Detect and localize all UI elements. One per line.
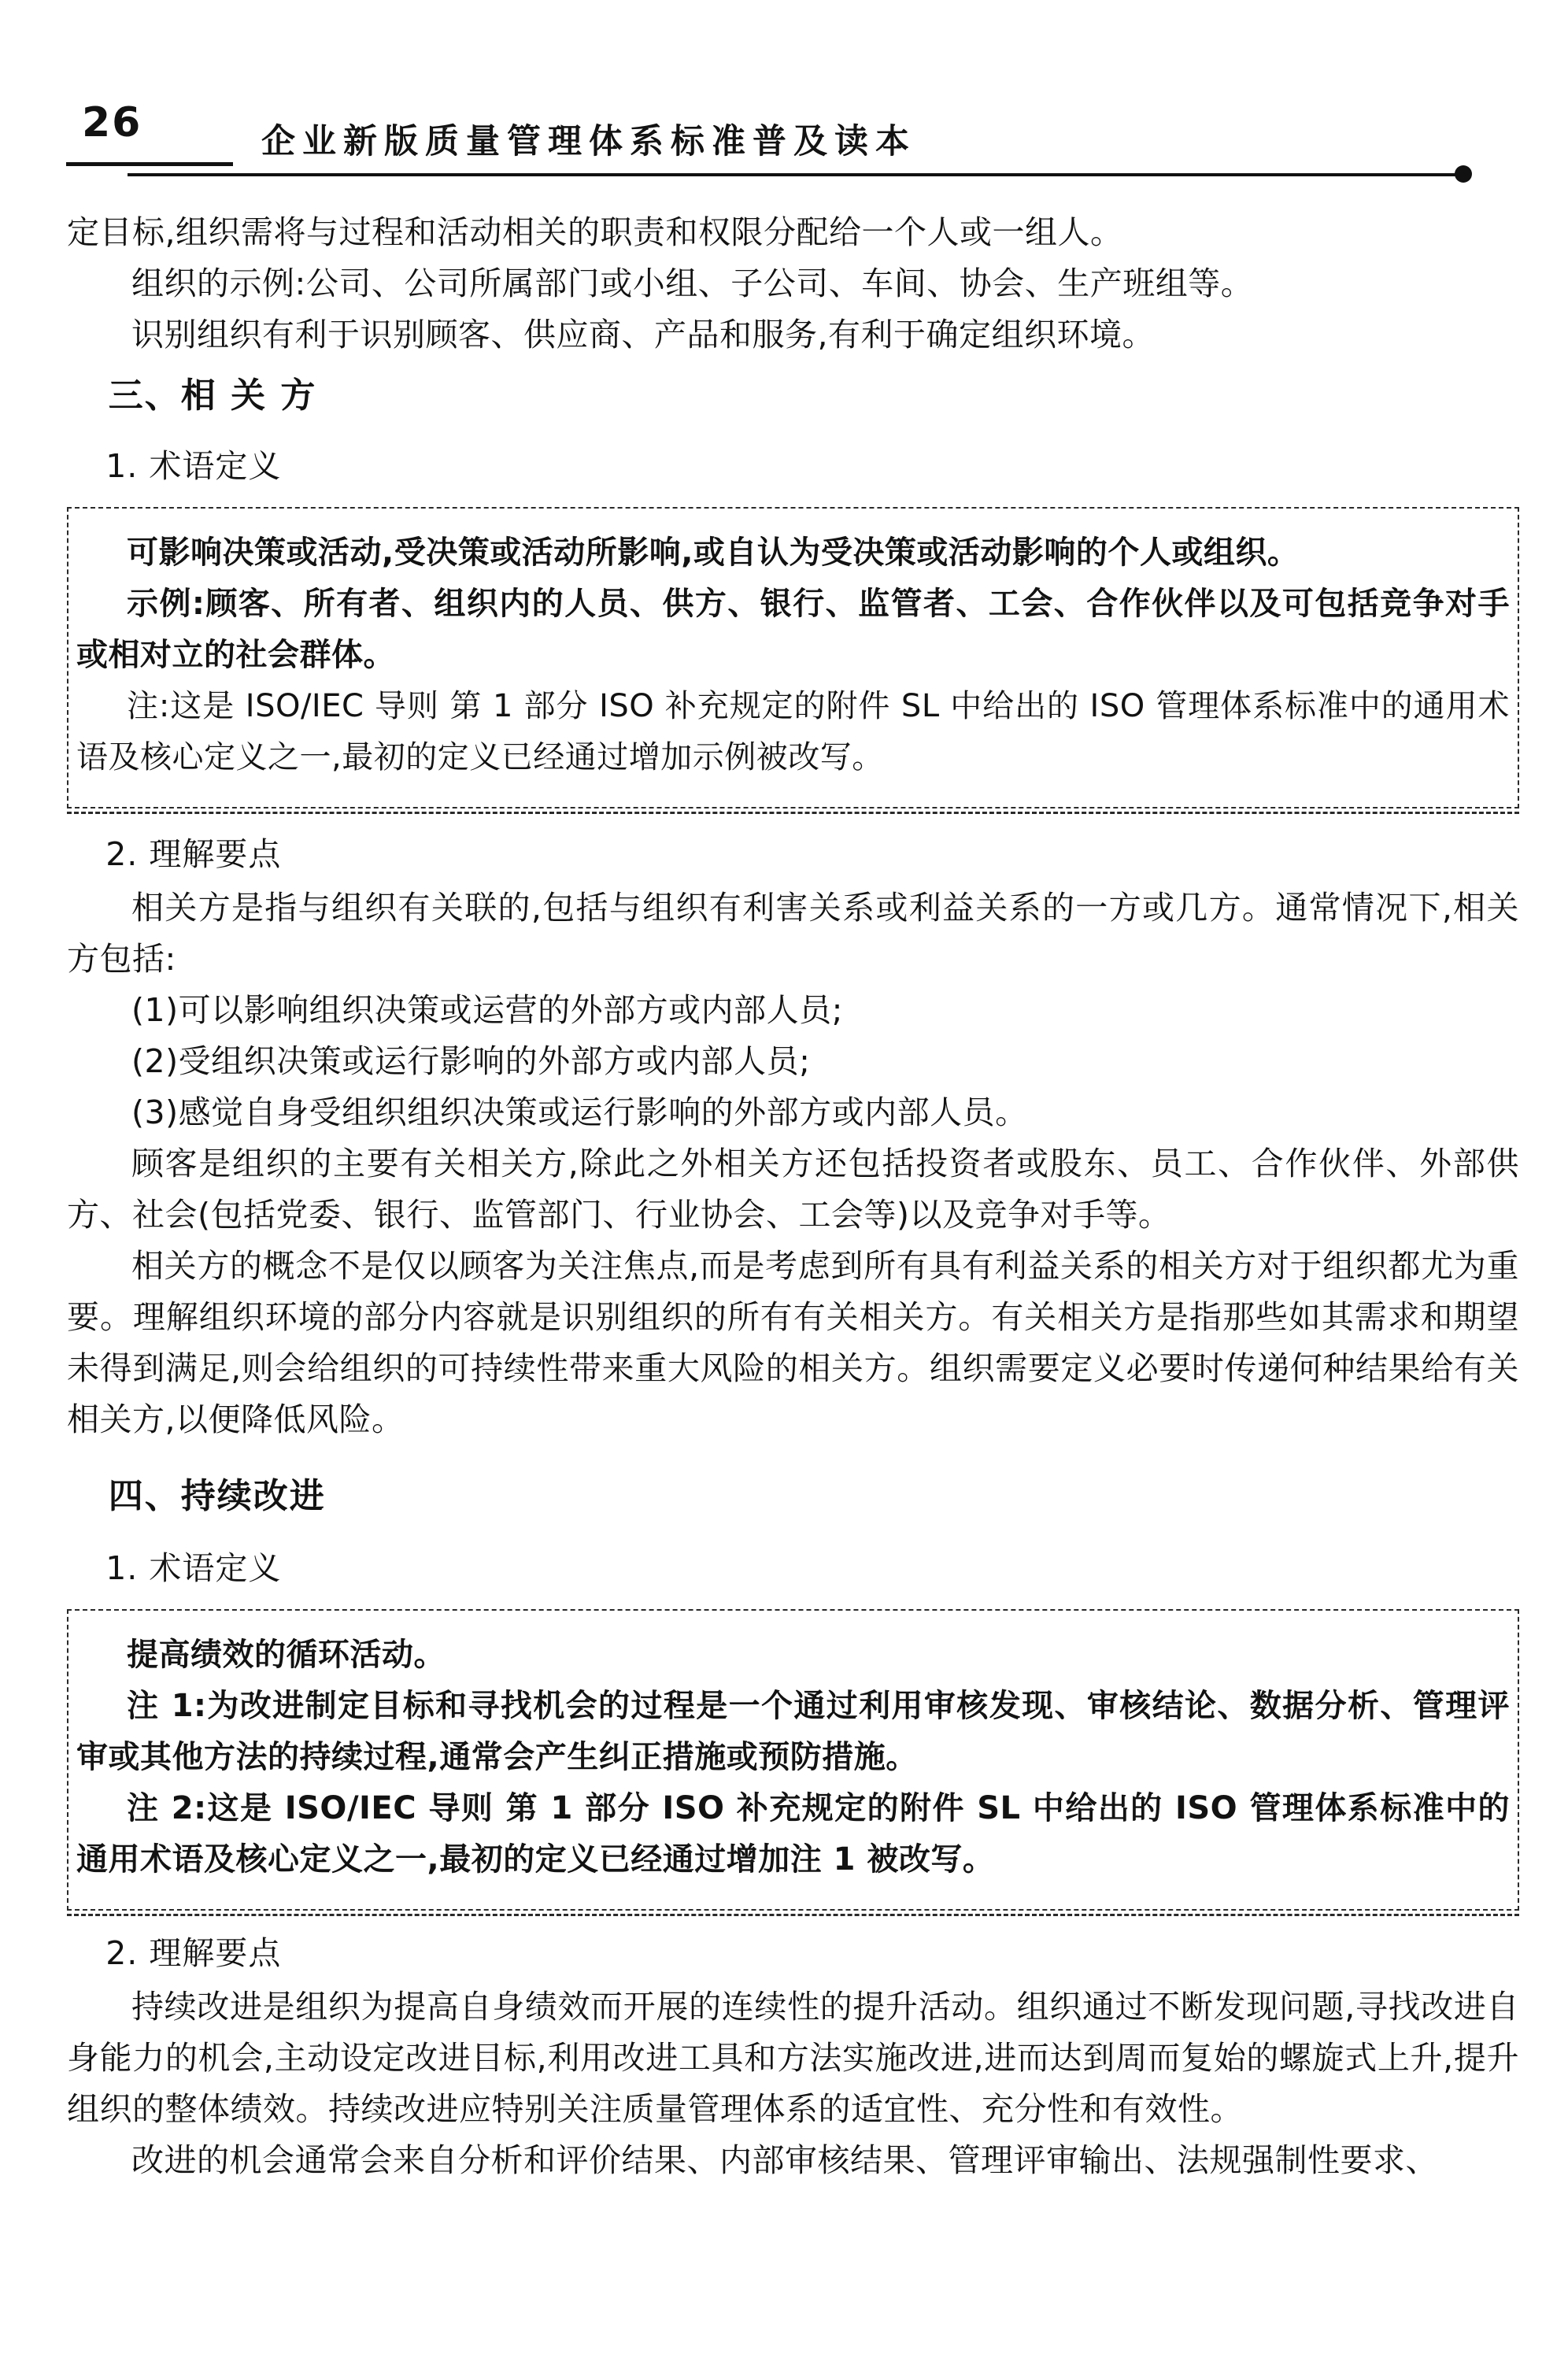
related-party-paragraph-2: 顾客是组织的主要有关相关方,除此之外相关方还包括投资者或股东、员工、合作伙伴、外… [67,1138,1519,1241]
intro-paragraph-1: 定目标,组织需将与过程和活动相关的职责和权限分配给一个人或一组人。 [67,207,1519,258]
related-party-paragraph-3: 相关方的概念不是仅以顾客为关注焦点,而是考虑到所有具有利益关系的相关方对于组织都… [67,1241,1519,1445]
continual-improvement-note-2: 注 2:这是 ISO/IEC 导则 第 1 部分 ISO 补充规定的附件 SL … [76,1783,1510,1885]
page-header: 26 企业新版质量管理体系标准普及读本 [0,0,1568,197]
section-heading-continual-improvement: 四、持续改进 [67,1474,1519,1519]
related-party-example: 示例:顾客、所有者、组织内的人员、供方、银行、监管者、工会、合作伙伴以及可包括竞… [76,579,1510,681]
continual-improvement-paragraph-2: 改进的机会通常会来自分析和评价结果、内部审核结果、管理评审输出、法规强制性要求、 [67,2135,1519,2186]
related-party-list-item-2: (2)受组织决策或运行影响的外部方或内部人员; [67,1036,1519,1087]
term-definition-heading-related-party: 1. 术语定义 [67,444,1519,488]
page-number: 26 [82,99,142,146]
related-party-note: 注:这是 ISO/IEC 导则 第 1 部分 ISO 补充规定的附件 SL 中给… [76,681,1510,783]
continual-improvement-note-1: 注 1:为改进制定目标和寻找机会的过程是一个通过利用审核发现、审核结论、数据分析… [76,1681,1510,1783]
definition-box-related-party: 可影响决策或活动,受决策或活动所影响,或自认为受决策或活动影响的个人或组织。 示… [67,507,1519,808]
related-party-list-item-1: (1)可以影响组织决策或运营的外部方或内部人员; [67,985,1519,1036]
continual-improvement-definition: 提高绩效的循环活动。 [76,1630,1510,1681]
related-party-definition: 可影响决策或活动,受决策或活动所影响,或自认为受决策或活动影响的个人或组织。 [76,527,1510,579]
running-head-title: 企业新版质量管理体系标准普及读本 [261,115,916,163]
header-rule [128,173,1458,176]
continual-improvement-paragraph-1: 持续改进是组织为提高自身绩效而开展的连续性的提升活动。组织通过不断发现问题,寻找… [67,1981,1519,2135]
intro-paragraph-3: 识别组织有利于识别顾客、供应商、产品和服务,有利于确定组织环境。 [67,309,1519,361]
understanding-heading-related-party: 2. 理解要点 [67,832,1519,876]
book-page: 26 企业新版质量管理体系标准普及读本 定目标,组织需将与过程和活动相关的职责和… [0,0,1568,2368]
header-rule-end-dot [1455,165,1472,183]
related-party-paragraph-1: 相关方是指与组织有关联的,包括与组织有利害关系或利益关系的一方或几方。通常情况下… [67,882,1519,985]
page-number-underline [66,162,233,166]
definition-box-continual-improvement: 提高绩效的循环活动。 注 1:为改进制定目标和寻找机会的过程是一个通过利用审核发… [67,1609,1519,1911]
term-definition-heading-continual-improvement: 1. 术语定义 [67,1546,1519,1590]
related-party-list-item-3: (3)感觉自身受组织组织决策或运行影响的外部方或内部人员。 [67,1087,1519,1138]
understanding-heading-continual-improvement: 2. 理解要点 [67,1931,1519,1975]
page-content: 定目标,组织需将与过程和活动相关的职责和权限分配给一个人或一组人。 组织的示例:… [67,207,1519,2186]
intro-paragraph-2: 组织的示例:公司、公司所属部门或小组、子公司、车间、协会、生产班组等。 [67,258,1519,309]
section-heading-related-party: 三、相 关 方 [67,373,1519,419]
